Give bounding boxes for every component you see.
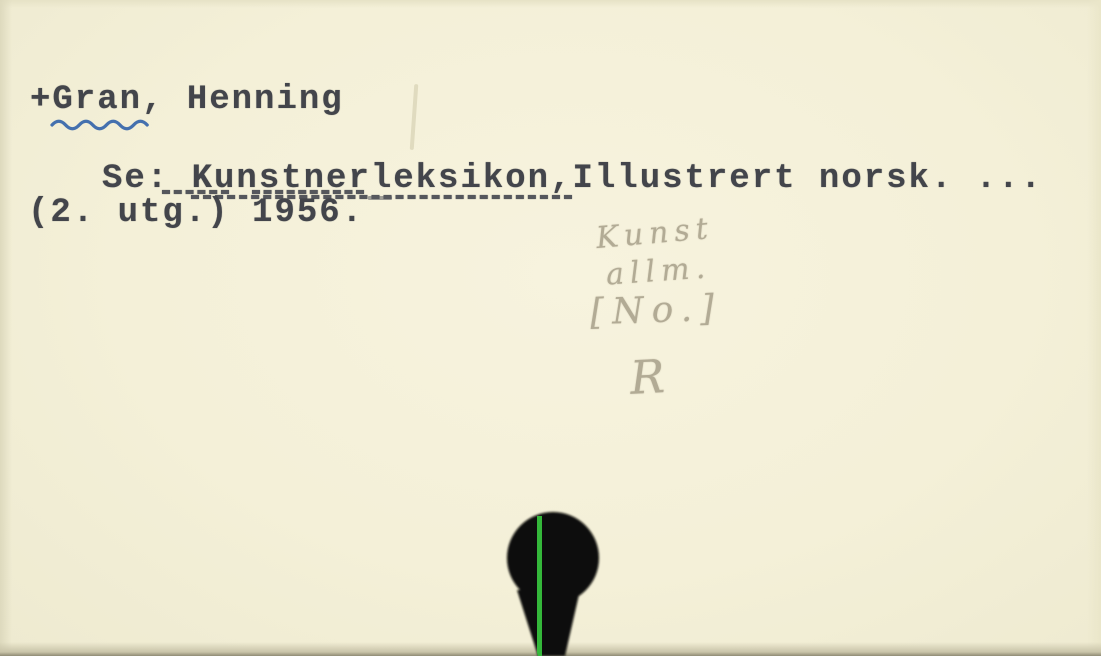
heading-forename: Henning bbox=[164, 81, 343, 119]
reference-line: Se: Kunstnerleksikon,Illustrert norsk. .… bbox=[102, 160, 1043, 198]
edition-line: (2. utg.) 1956. bbox=[28, 194, 364, 232]
green-thread-line bbox=[537, 516, 542, 656]
pencil-note-allm: allm. bbox=[605, 250, 712, 292]
hole-punch-keyhole bbox=[493, 506, 617, 656]
heading-prefix: + bbox=[30, 81, 52, 119]
reference-title-underlined: Kunstnerleksikon, bbox=[192, 160, 573, 198]
edition-overlined-utg: g.) bbox=[162, 194, 229, 232]
blue-wavy-underline bbox=[49, 116, 157, 132]
stray-underscore-dash bbox=[368, 196, 392, 200]
edition-sep bbox=[230, 194, 252, 232]
card-edge-top bbox=[0, 0, 1101, 8]
reference-lead: Se: bbox=[102, 160, 192, 198]
keyhole-black-shape bbox=[507, 512, 599, 656]
heading-line: +Gran, Henning bbox=[30, 81, 344, 119]
reference-rest: Illustrert norsk. ... bbox=[572, 160, 1042, 198]
edition-pre: (2. ut bbox=[28, 194, 162, 232]
heading-surname: Gran, bbox=[52, 81, 164, 119]
card-edge-right bbox=[1087, 0, 1101, 656]
edition-overlined-year: 1956. bbox=[252, 194, 364, 232]
card-edge-left bbox=[0, 0, 12, 656]
pencil-note-no: [No.] bbox=[589, 288, 722, 334]
pencil-note-r: R bbox=[629, 349, 668, 405]
pencil-note-kunst: Kunst bbox=[595, 211, 715, 256]
pencil-smudge-mark bbox=[410, 84, 419, 150]
catalog-card-scan: +Gran, Henning Se: Kunstnerleksikon,Illu… bbox=[0, 0, 1101, 656]
